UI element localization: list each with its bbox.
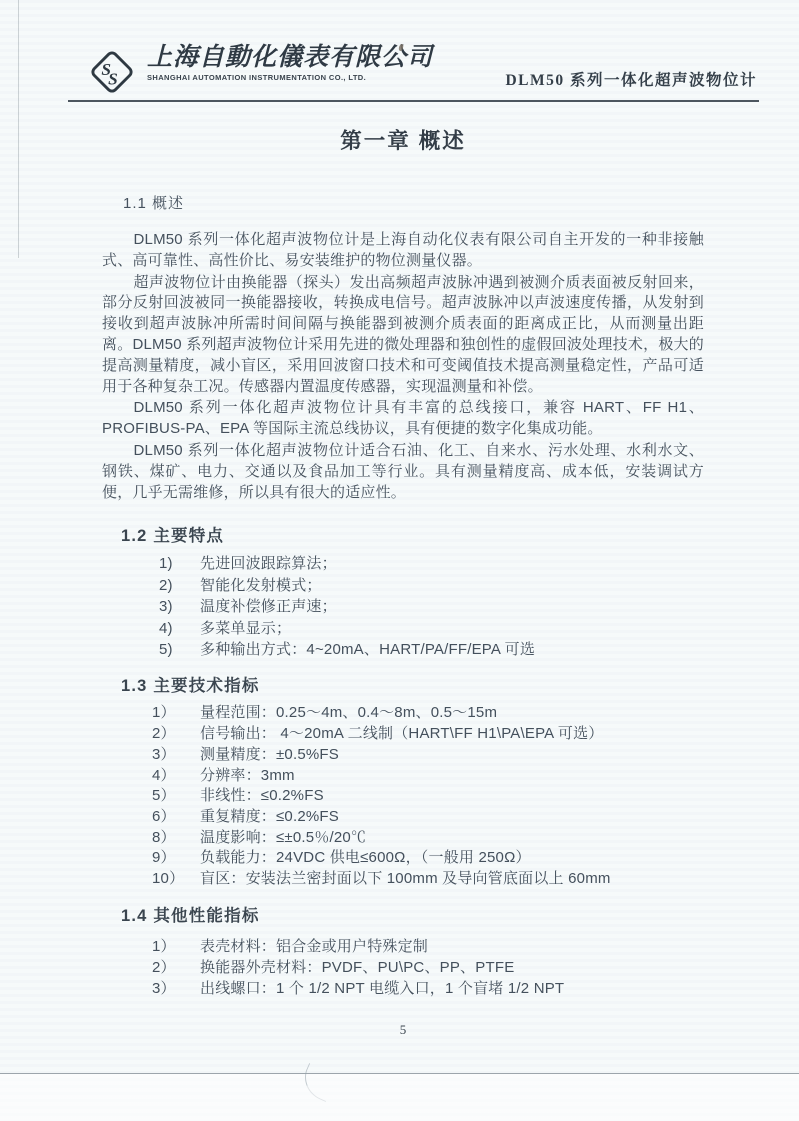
- scan-below-page-area: [0, 1074, 799, 1121]
- scan-edge-line: [18, 0, 19, 258]
- page-number: 5: [102, 1022, 704, 1038]
- list-item-number: 3）: [152, 978, 200, 999]
- list-item-text: 换能器外壳材料：PVDF、PU\PC、PP、PTFE: [200, 957, 704, 978]
- features-list: 1) 先进回波跟踪算法； 2) 智能化发射模式； 3) 温度补偿修正声速； 4)…: [102, 553, 704, 660]
- list-item-number: 8）: [152, 828, 200, 849]
- list-item: 4) 多菜单显示；: [102, 618, 704, 639]
- list-item-number: 1）: [152, 703, 200, 724]
- list-item-text: 盲区：安装法兰密封面以下 100mm 及导向管底面以上 60mm: [200, 869, 704, 890]
- overview-paragraph-3: DLM50 系列一体化超声波物位计具有丰富的总线接口，兼容 HART、FF H1…: [102, 398, 704, 440]
- list-item-number: 2）: [152, 957, 200, 978]
- list-item: 2) 智能化发射模式；: [102, 575, 704, 596]
- list-item-text: 多菜单显示；: [200, 618, 704, 639]
- list-item-text: 分辨率：3mm: [200, 766, 704, 787]
- list-item-number: 3): [159, 596, 200, 617]
- list-item: 1） 表壳材料：铝合金或用户特殊定制: [102, 936, 704, 957]
- overview-paragraph-1: DLM50 系列一体化超声波物位计是上海自动化仪表有限公司自主开发的一种非接触式…: [102, 230, 704, 272]
- list-item-text: 温度影响：≤±0.5％/20℃: [200, 828, 704, 849]
- doc-title: DLM50 系列一体化超声波物位计: [505, 68, 757, 90]
- company-name-block: 上海自動化儀表有限公司 SHANGHAI AUTOMATION INSTRUME…: [147, 44, 433, 82]
- list-item-text: 负载能力：24VDC 供电≤600Ω，（一般用 250Ω）: [200, 848, 704, 869]
- list-item-text: 量程范围：0.25～4m、0.4～8m、0.5～15m: [200, 703, 704, 724]
- company-logo-diamond-icon: S S: [86, 45, 138, 104]
- specs-list: 1） 量程范围：0.25～4m、0.4～8m、0.5～15m 2） 信号输出： …: [102, 703, 704, 889]
- list-item-number: 2）: [152, 724, 200, 745]
- list-item: 1） 量程范围：0.25～4m、0.4～8m、0.5～15m: [102, 703, 704, 724]
- list-item-text: 先进回波跟踪算法；: [200, 553, 704, 574]
- section-heading-features: 1.2 主要特点: [121, 522, 704, 546]
- list-item-number: 5): [159, 639, 200, 660]
- scanned-document-page: S S 上海自動化儀表有限公司 SHANGHAI AUTOMATION INST…: [0, 0, 799, 1121]
- list-item-number: 2): [159, 575, 200, 596]
- list-item: 10） 盲区：安装法兰密封面以下 100mm 及导向管底面以上 60mm: [102, 869, 704, 890]
- list-item-number: 3）: [152, 745, 200, 766]
- list-item-text: 重复精度：≤0.2%FS: [200, 807, 704, 828]
- list-item-text: 测量精度：±0.5%FS: [200, 745, 704, 766]
- document-content: 1.1 概述 DLM50 系列一体化超声波物位计是上海自动化仪表有限公司自主开发…: [102, 186, 704, 999]
- list-item: 5） 非线性：≤0.2%FS: [102, 786, 704, 807]
- overview-paragraph-2: 超声波物位计由换能器（探头）发出高频超声波脉冲遇到被测介质表面被反射回来，部分反…: [102, 273, 704, 398]
- list-item-text: 出线螺口：1 个 1/2 NPT 电缆入口，1 个盲堵 1/2 NPT: [200, 978, 704, 999]
- list-item-number: 10）: [152, 869, 200, 890]
- section-heading-overview: 1.1 概述: [123, 192, 704, 213]
- page-header: S S 上海自動化儀表有限公司 SHANGHAI AUTOMATION INST…: [86, 44, 757, 100]
- list-item-text: 表壳材料：铝合金或用户特殊定制: [200, 936, 704, 957]
- list-item: 6） 重复精度：≤0.2%FS: [102, 807, 704, 828]
- list-item: 4） 分辨率：3mm: [102, 766, 704, 787]
- list-item-number: 5）: [152, 786, 200, 807]
- overview-paragraph-4: DLM50 系列一体化超声波物位计适合石油、化工、自来水、污水处理、水利水文、钢…: [102, 441, 704, 503]
- list-item: 3) 温度补偿修正声速；: [102, 596, 704, 617]
- list-item-text: 信号输出： 4～20mA 二线制（HART\FF H1\PA\EPA 可选）: [200, 724, 704, 745]
- chapter-title: 第一章 概述: [102, 124, 704, 155]
- section-heading-other: 1.4 其他性能指标: [121, 902, 704, 926]
- list-item-text: 非线性：≤0.2%FS: [200, 786, 704, 807]
- company-name-cn: 上海自動化儀表有限公司: [147, 44, 433, 72]
- list-item-text: 多种输出方式：4~20mA、HART/PA/FF/EPA 可选: [200, 639, 704, 660]
- svg-text:S: S: [108, 70, 118, 89]
- list-item: 1) 先进回波跟踪算法；: [102, 553, 704, 574]
- list-item-number: 9）: [152, 848, 200, 869]
- list-item: 3） 测量精度：±0.5%FS: [102, 745, 704, 766]
- list-item: 9） 负载能力：24VDC 供电≤600Ω，（一般用 250Ω）: [102, 848, 704, 869]
- list-item-text: 智能化发射模式；: [200, 575, 704, 596]
- section-heading-specs: 1.3 主要技术指标: [121, 672, 704, 696]
- list-item-number: 1）: [152, 936, 200, 957]
- list-item: 2） 信号输出： 4～20mA 二线制（HART\FF H1\PA\EPA 可选…: [102, 724, 704, 745]
- list-item-number: 1): [159, 553, 200, 574]
- list-item: 5) 多种输出方式：4~20mA、HART/PA/FF/EPA 可选: [102, 639, 704, 660]
- list-item: 3） 出线螺口：1 个 1/2 NPT 电缆入口，1 个盲堵 1/2 NPT: [102, 978, 704, 999]
- list-item-text: 温度补偿修正声速；: [200, 596, 704, 617]
- list-item: 8） 温度影响：≤±0.5％/20℃: [102, 828, 704, 849]
- header-divider: [68, 100, 759, 102]
- list-item-number: 4): [159, 618, 200, 639]
- list-item-number: 6）: [152, 807, 200, 828]
- other-list: 1） 表壳材料：铝合金或用户特殊定制 2） 换能器外壳材料：PVDF、PU\PC…: [102, 936, 704, 999]
- company-name-en: SHANGHAI AUTOMATION INSTRUMENTATION CO.,…: [147, 73, 433, 82]
- list-item-number: 4）: [152, 766, 200, 787]
- list-item: 2） 换能器外壳材料：PVDF、PU\PC、PP、PTFE: [102, 957, 704, 978]
